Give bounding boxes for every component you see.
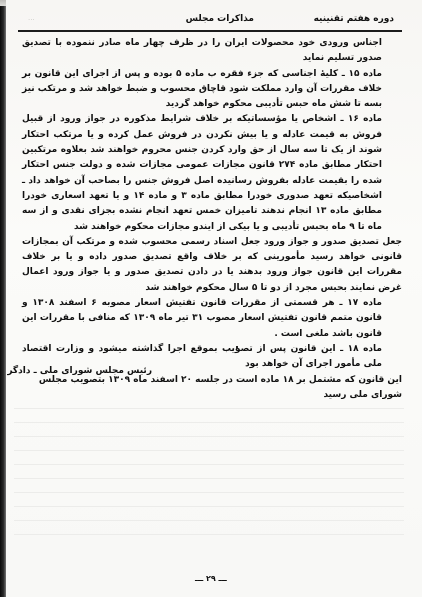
header-session: دوره هفتم تقنینیه: [314, 14, 394, 24]
paragraph-intro: اجناس ورودی خود محصولات ایران را در ظرف …: [22, 36, 402, 67]
paragraph-forgery: جعل تصدیق صدور و جواز ورود جعل اسناد رسم…: [22, 235, 402, 296]
header-faded-text: ...: [28, 14, 35, 22]
page-number: ـــ ۲۹ ـــ: [195, 574, 227, 583]
header-title: مذاکرات مجلس: [186, 14, 254, 24]
paragraph-article-17: ماده ۱۷ ـ هر قسمتی از مقررات قانون تفتیش…: [22, 296, 402, 342]
signature: رئیس مجلس شورای ملی ـ دادگر: [7, 366, 152, 376]
bleed-through-text: [14, 395, 404, 545]
page-header: دوره هفتم تقنینیه مذاکرات مجلس ...: [28, 14, 394, 28]
paragraph-article-15: ماده ۱۵ ـ کلیهٔ اجناسی که جزء فقره ب ماد…: [22, 67, 402, 113]
paragraph-article-16: ماده ۱۶ ـ اشخاص یا مؤسساتیکه بر خلاف شرا…: [22, 112, 402, 234]
stray-mark: [236, 346, 238, 349]
document-body: اجناس ورودی خود محصولات ایران را در ظرف …: [22, 36, 402, 403]
header-rule: [18, 30, 402, 32]
